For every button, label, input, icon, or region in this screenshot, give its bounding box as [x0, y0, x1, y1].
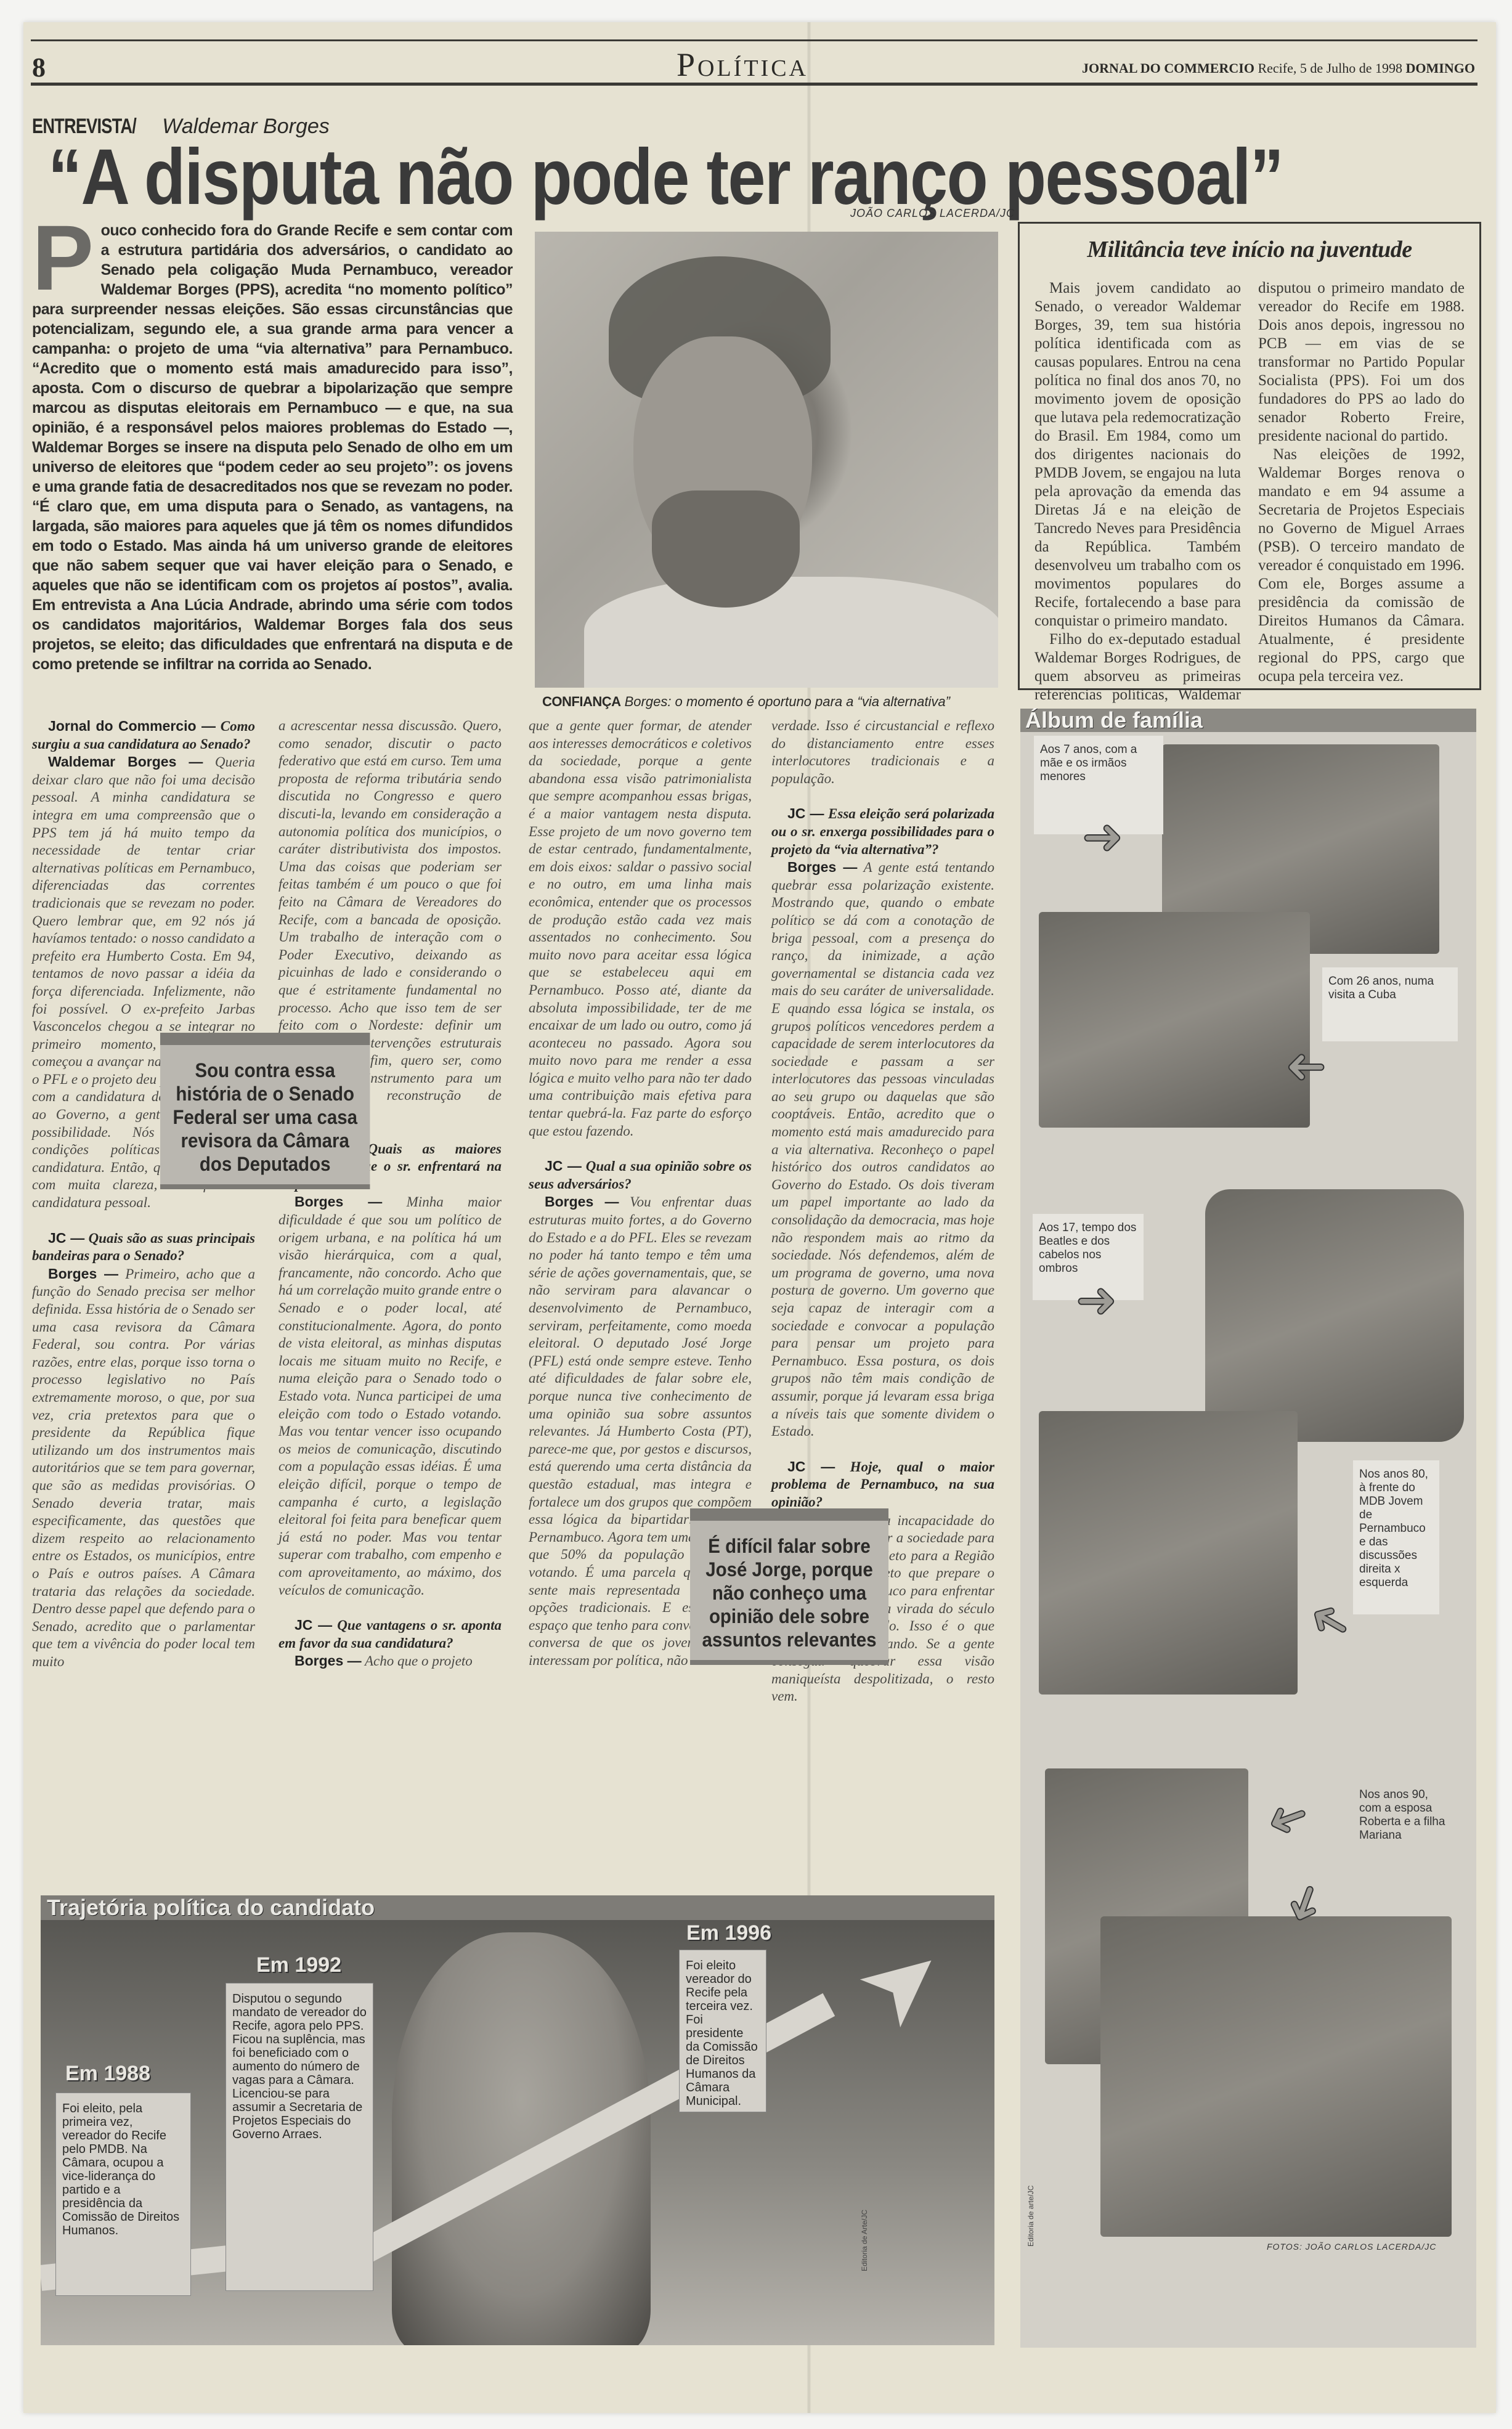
- caption-label: CONFIANÇA: [542, 694, 621, 709]
- caption-text: Borges: o momento é oportuno para a “via…: [625, 694, 950, 709]
- speaker: JC —: [48, 1230, 84, 1246]
- photo-caption: CONFIANÇA Borges: o momento é oportuno p…: [542, 694, 950, 710]
- answer: Borges — Acho que o projeto: [278, 1652, 502, 1670]
- arrow-left-icon: ➜: [1259, 1788, 1315, 1848]
- answer: Borges — Minha maior dificuldade é que s…: [278, 1193, 502, 1599]
- headline: “A disputa não pode ter ranço pessoal”: [48, 132, 1283, 222]
- timeline-entry: Foi eleito, pela primeira vez, vereador …: [55, 2093, 191, 2296]
- interview-column-1: Jornal do Commercio — Como surgiu a sua …: [32, 717, 255, 1670]
- dateline: Recife, 5 de Julho de 1998: [1258, 60, 1402, 76]
- album-photo-cuba: [1039, 912, 1310, 1128]
- section-name: Política: [677, 46, 808, 84]
- answer-text: Primeiro, acho que a função do Senado pr…: [32, 1266, 255, 1669]
- timeline-year: Em 1992: [256, 1953, 341, 1977]
- main-photo-portrait: [535, 232, 998, 688]
- newspaper-page: 8 Política JORNAL DO COMMERCIO Recife, 5…: [23, 22, 1496, 2413]
- sidebar-body: Mais jovem candidato ao Senado, o veread…: [1034, 279, 1465, 704]
- speaker: Borges —: [295, 1653, 362, 1669]
- answer: que a gente quer formar, de atender aos …: [529, 717, 752, 1140]
- masthead-dateline: JORNAL DO COMMERCIO Recife, 5 de Julho d…: [1082, 60, 1475, 76]
- speaker: Borges —: [787, 859, 857, 875]
- family-album: Álbum de família Aos 7 anos, com a mãe e…: [1020, 709, 1476, 2348]
- question: JC — Quais são as suas principais bandei…: [32, 1229, 255, 1265]
- timeline-entry: Foi eleito vereador do Recife pela terce…: [679, 1950, 766, 2112]
- weekday: DOMINGO: [1406, 60, 1475, 76]
- arrow-right-icon: ➜: [1076, 1276, 1117, 1325]
- album-art-credit: Editoria de arte/JC: [1026, 2186, 1035, 2247]
- album-caption: Nos anos 80, à frente do MDB Jovem de Pe…: [1353, 1460, 1439, 1614]
- speaker: JC —: [295, 1617, 332, 1633]
- drop-cap: P: [32, 221, 94, 299]
- speaker: JC —: [787, 805, 824, 821]
- question: JC — Qual a sua opinião sobre os seus ad…: [529, 1157, 752, 1193]
- answer: Borges — A gente está tentando quebrar e…: [771, 858, 994, 1441]
- interview-column-2: a acrescentar nessa discussão. Quero, co…: [278, 717, 502, 1670]
- timeline-year: Em 1988: [65, 2062, 150, 2086]
- pull-quote-1: Sou contra essa história de o Senado Fed…: [160, 1033, 370, 1189]
- album-photo-age-17: [1205, 1189, 1464, 1442]
- timeline-art-credit: Editoria de Arte/JC: [860, 2210, 869, 2271]
- album-photo-daughter: [1100, 1916, 1452, 2237]
- speaker: JC —: [545, 1158, 582, 1174]
- page-number: 8: [32, 52, 46, 83]
- newspaper-name: JORNAL DO COMMERCIO: [1082, 60, 1254, 76]
- photo-shape: [584, 577, 998, 688]
- timeline-entry: Disputou o segundo mandato de vereador d…: [226, 1983, 373, 2291]
- speaker: Waldemar Borges —: [48, 754, 203, 770]
- timeline-year: Em 1996: [686, 1921, 771, 1945]
- lead-text: ouco conhecido fora do Grande Recife e s…: [32, 222, 513, 673]
- arrow-up-right-icon: ➤: [838, 1918, 965, 2046]
- album-caption: Com 26 anos, numa visita a Cuba: [1322, 967, 1458, 1041]
- speaker: Borges —: [48, 1266, 118, 1282]
- photo-shape: [652, 490, 800, 608]
- arrow-left-icon: ➜: [1285, 1041, 1327, 1091]
- album-caption: Nos anos 90, com a esposa Roberta e a fi…: [1353, 1781, 1458, 1867]
- speaker: JC —: [787, 1459, 835, 1475]
- answer-text: Acho que o projeto: [365, 1653, 473, 1669]
- sidebar-paragraph: Nas eleições de 1992, Waldemar Borges re…: [1258, 446, 1465, 686]
- pull-quote-2: É difícil falar sobre José Jorge, porque…: [690, 1508, 888, 1665]
- masthead-top-rule: [31, 39, 1477, 41]
- question: JC — Que vantagens o sr. aponta em favor…: [278, 1616, 502, 1652]
- answer: verdade. Isso é circustancial e reflexo …: [771, 717, 994, 787]
- photo-credit: JOÃO CARLOS LACERDA/JC: [850, 207, 1015, 220]
- album-title: Álbum de família: [1020, 709, 1476, 732]
- timeline-title: Trajetória política do candidato: [47, 1895, 375, 1920]
- timeline-photo: [392, 1932, 651, 2345]
- masthead-bottom-rule: [31, 83, 1477, 86]
- album-photo-credit: FOTOS: JOÃO CARLOS LACERDA/JC: [1267, 2242, 1436, 2252]
- answer-text: Minha maior dificuldade é que sou um pol…: [278, 1194, 502, 1597]
- sidebar-box: Militância teve início na juventude Mais…: [1018, 222, 1481, 690]
- political-timeline: Trajetória política do candidato ➤ Em 19…: [41, 1895, 994, 2345]
- answer-text: verdade. Isso é circustancial e reflexo …: [771, 718, 994, 786]
- lead-paragraph: P ouco conhecido fora do Grande Recife e…: [32, 221, 513, 674]
- speaker: Borges —: [295, 1194, 382, 1210]
- question: JC — Essa eleição será polarizada ou o s…: [771, 805, 994, 858]
- answer: Borges — Primeiro, acho que a função do …: [32, 1265, 255, 1671]
- sidebar-paragraph: Mais jovem candidato ao Senado, o veread…: [1034, 279, 1241, 630]
- question: Jornal do Commercio — Como surgiu a sua …: [32, 717, 255, 753]
- question: JC — Hoje, qual o maior problema de Pern…: [771, 1458, 994, 1512]
- speaker: Jornal do Commercio —: [48, 718, 216, 734]
- answer-text: A gente está tentando quebrar essa polar…: [771, 860, 994, 1439]
- interview-body: Jornal do Commercio — Como surgiu a sua …: [32, 717, 999, 1900]
- sidebar-title: Militância teve início na juventude: [1034, 236, 1465, 263]
- arrow-right-icon: ➜: [1082, 812, 1123, 861]
- album-photo-mdb-jovem: [1039, 1411, 1298, 1695]
- arrow-left-icon: ➜: [1300, 1589, 1360, 1653]
- answer-text: que a gente quer formar, de atender aos …: [529, 718, 752, 1139]
- speaker: Borges —: [545, 1194, 619, 1210]
